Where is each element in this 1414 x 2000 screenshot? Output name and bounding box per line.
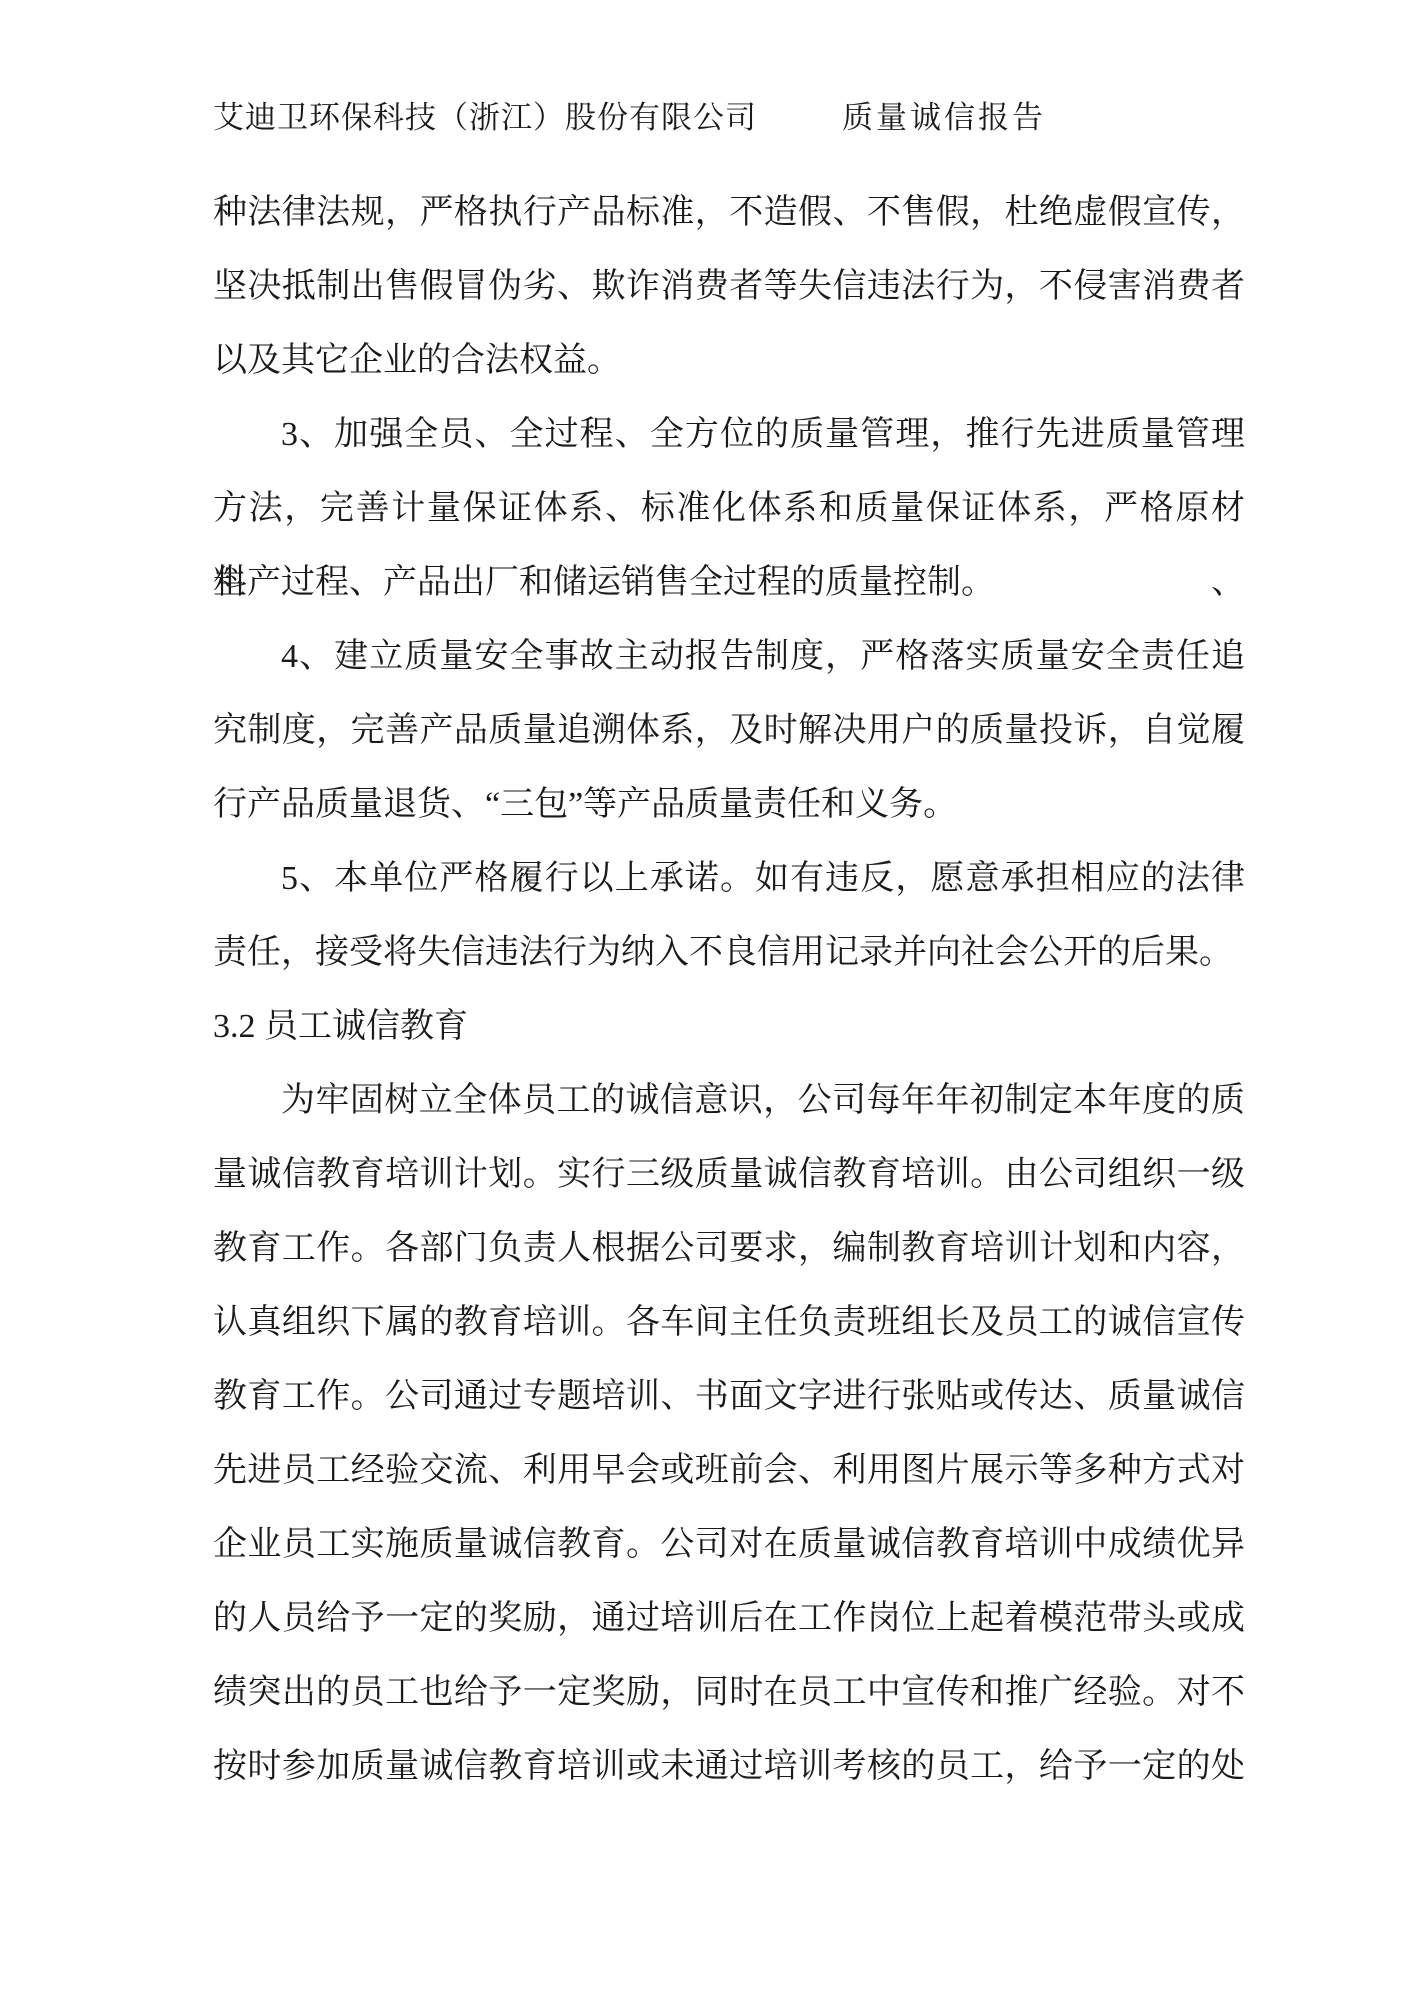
text-line: 认真组织下属的教育培训。各车间主任负责班组长及员工的诚信宣传 bbox=[213, 1286, 1245, 1360]
text-line: 4、建立质量安全事故主动报告制度，严格落实质量安全责任追 bbox=[213, 620, 1245, 694]
header-report-title: 质量诚信报告 bbox=[842, 100, 1046, 135]
text-line: 以及其它企业的合法权益。 bbox=[213, 324, 1245, 398]
text-line: 企业员工实施质量诚信教育。公司对在质量诚信教育培训中成绩优异 bbox=[213, 1508, 1245, 1582]
text-line: 为牢固树立全体员工的诚信意识，公司每年年初制定本年度的质 bbox=[213, 1064, 1245, 1138]
text-line: 责任，接受将失信违法行为纳入不良信用记录并向社会公开的后果。 bbox=[213, 916, 1245, 990]
text-line: 的人员给予一定的奖励，通过培训后在工作岗位上起着模范带头或成 bbox=[213, 1582, 1245, 1656]
header-company-name: 艾迪卫环保科技（浙江）股份有限公司 bbox=[213, 100, 757, 135]
text-line: 究制度，完善产品质量追溯体系，及时解决用户的质量投诉，自觉履 bbox=[213, 694, 1245, 768]
text-line: 绩突出的员工也给予一定奖励，同时在员工中宣传和推广经验。对不 bbox=[213, 1656, 1245, 1730]
text-line: 教育工作。各部门负责人根据公司要求，编制教育培训计划和内容， bbox=[213, 1212, 1245, 1286]
text-line: 先进员工经验交流、利用早会或班前会、利用图片展示等多种方式对 bbox=[213, 1434, 1245, 1508]
text-line: 坚决抵制出售假冒伪劣、欺诈消费者等失信违法行为，不侵害消费者 bbox=[213, 250, 1245, 324]
text-line: 量诚信教育培训计划。实行三级质量诚信教育培训。由公司组织一级 bbox=[213, 1138, 1245, 1212]
text-line: 3、加强全员、全过程、全方位的质量管理，推行先进质量管理 bbox=[213, 398, 1245, 472]
text-line: 行产品质量退货、“三包”等产品质量责任和义务。 bbox=[213, 768, 1245, 842]
text-line: 种法律法规，严格执行产品标准，不造假、不售假，杜绝虚假宣传， bbox=[213, 176, 1245, 250]
text-line: 5、本单位严格履行以上承诺。如有违反，愿意承担相应的法律 bbox=[213, 842, 1245, 916]
page-header: 艾迪卫环保科技（浙江）股份有限公司质量诚信报告 bbox=[213, 96, 1046, 140]
document-body: 种法律法规，严格执行产品标准，不造假、不售假，杜绝虚假宣传， 坚决抵制出售假冒伪… bbox=[213, 176, 1245, 1804]
document-page: 艾迪卫环保科技（浙江）股份有限公司质量诚信报告 种法律法规，严格执行产品标准，不… bbox=[0, 0, 1414, 2000]
section-heading: 3.2 员工诚信教育 bbox=[213, 990, 1245, 1064]
text-line: 教育工作。公司通过专题培训、书面文字进行张贴或传达、质量诚信 bbox=[213, 1360, 1245, 1434]
text-line: 方法，完善计量保证体系、标准化体系和质量保证体系，严格原材料、 bbox=[213, 472, 1245, 546]
text-line: 按时参加质量诚信教育培训或未通过培训考核的员工，给予一定的处 bbox=[213, 1730, 1245, 1804]
